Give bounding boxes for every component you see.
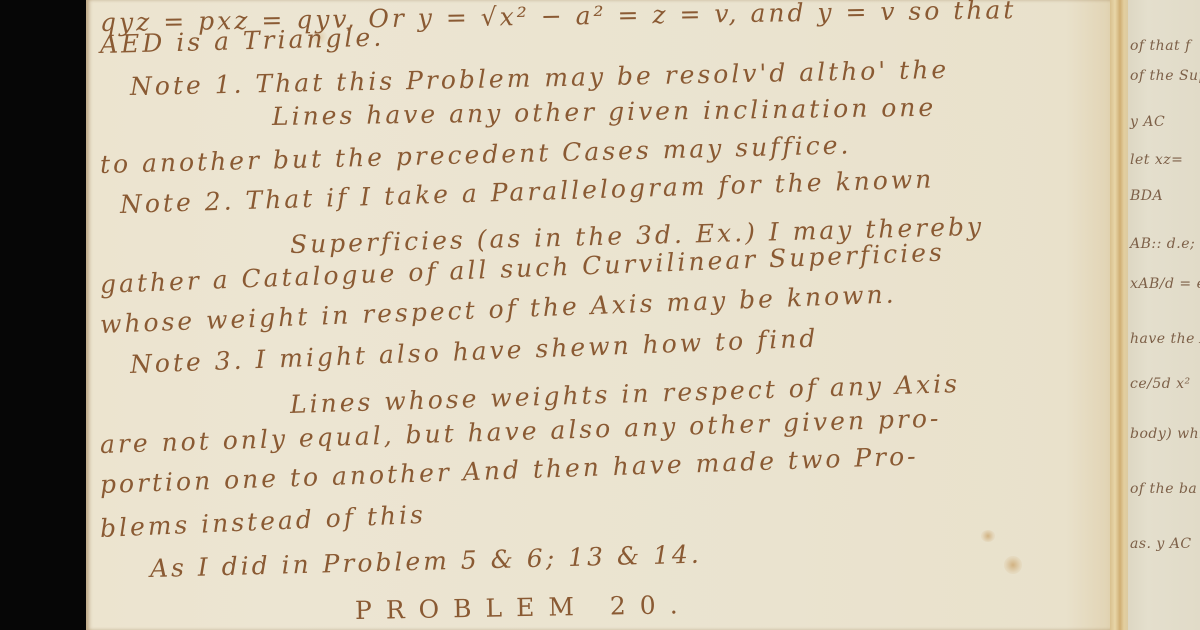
foxing-spot bbox=[1004, 556, 1022, 574]
foxing-spot bbox=[981, 530, 995, 542]
adjacent-page-fragment: as. y AC bbox=[1130, 536, 1192, 552]
page-gutter-edge bbox=[1110, 0, 1128, 630]
adjacent-page-fragment: of the ba bbox=[1130, 481, 1197, 497]
adjacent-page-fragment: of the Supe bbox=[1130, 68, 1200, 84]
adjacent-page-fragment: let xz= bbox=[1130, 152, 1183, 168]
adjacent-page-fragment: AB:: d.e; bbox=[1130, 236, 1195, 252]
adjacent-page: of that fof the Supey AClet xz=BDAAB:: d… bbox=[1128, 0, 1200, 630]
manuscript-photo: of that fof the Supey AClet xz=BDAAB:: d… bbox=[0, 0, 1200, 630]
manuscript-line: PROBLEM 20. bbox=[355, 590, 692, 625]
adjacent-page-fragment: have the A bbox=[1130, 331, 1200, 347]
adjacent-page-fragment: ce/5d x² bbox=[1130, 376, 1191, 392]
adjacent-page-fragment: body) which bbox=[1130, 426, 1200, 442]
adjacent-page-fragment: of that f bbox=[1130, 38, 1191, 54]
adjacent-page-fragment: BDA bbox=[1130, 188, 1163, 204]
adjacent-page-fragment: y AC bbox=[1130, 114, 1165, 130]
adjacent-page-fragment: xAB/d = ez/d bbox=[1130, 276, 1200, 292]
